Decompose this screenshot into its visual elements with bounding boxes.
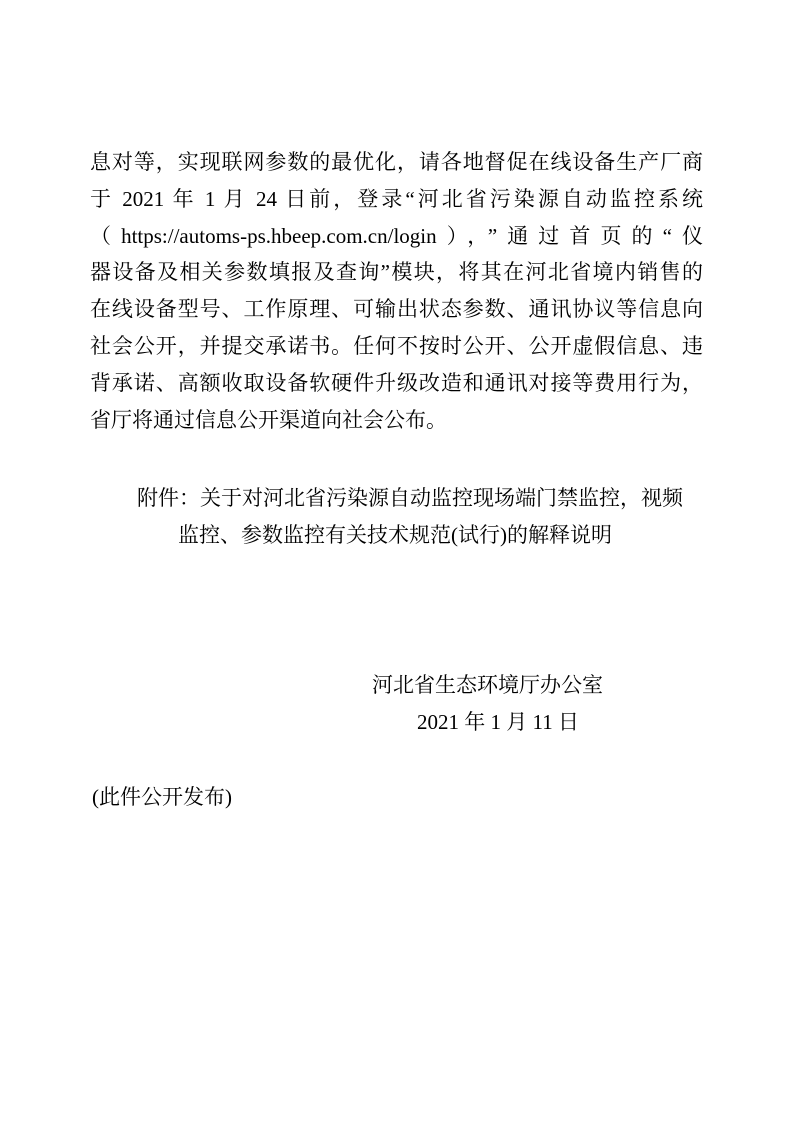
body-line: 息对等，实现联网参数的最优化，请各地督促在线设备生产厂商	[90, 144, 703, 181]
signature-date: 2021 年 1 月 11 日	[417, 704, 579, 741]
attachment-reference: 附件：关于对河北省污染源自动监控现场端门禁监控，视频 监控、参数监控有关技术规范…	[90, 480, 703, 554]
signature-issuer: 河北省生态环境厅办公室	[372, 667, 603, 704]
body-line: （https://automs-ps.hbeep.com.cn/login），”…	[90, 218, 703, 255]
body-line: 器设备及相关参数填报及查询”模块，将其在河北省境内销售的	[90, 254, 703, 291]
document-page: 息对等，实现联网参数的最优化，请各地督促在线设备生产厂商 于 2021 年 1 …	[0, 0, 793, 1122]
body-line: 在线设备型号、工作原理、可输出状态参数、通讯协议等信息向	[90, 291, 703, 328]
body-paragraph: 息对等，实现联网参数的最优化，请各地督促在线设备生产厂商 于 2021 年 1 …	[90, 144, 703, 438]
body-line: 社会公开，并提交承诺书。任何不按时公开、公开虚假信息、违	[90, 328, 703, 365]
body-line: 于 2021 年 1 月 24 日前，登录“河北省污染源自动监控系统	[90, 181, 703, 218]
attachment-line-2: 监控、参数监控有关技术规范(试行)的解释说明	[90, 517, 703, 554]
footer-publish-note: (此件公开发布)	[92, 779, 232, 816]
attachment-line-1: 附件：关于对河北省污染源自动监控现场端门禁监控，视频	[90, 480, 703, 517]
body-line: 省厅将通过信息公开渠道向社会公布。	[90, 402, 703, 439]
body-line: 背承诺、高额收取设备软硬件升级改造和通讯对接等费用行为，	[90, 365, 703, 402]
